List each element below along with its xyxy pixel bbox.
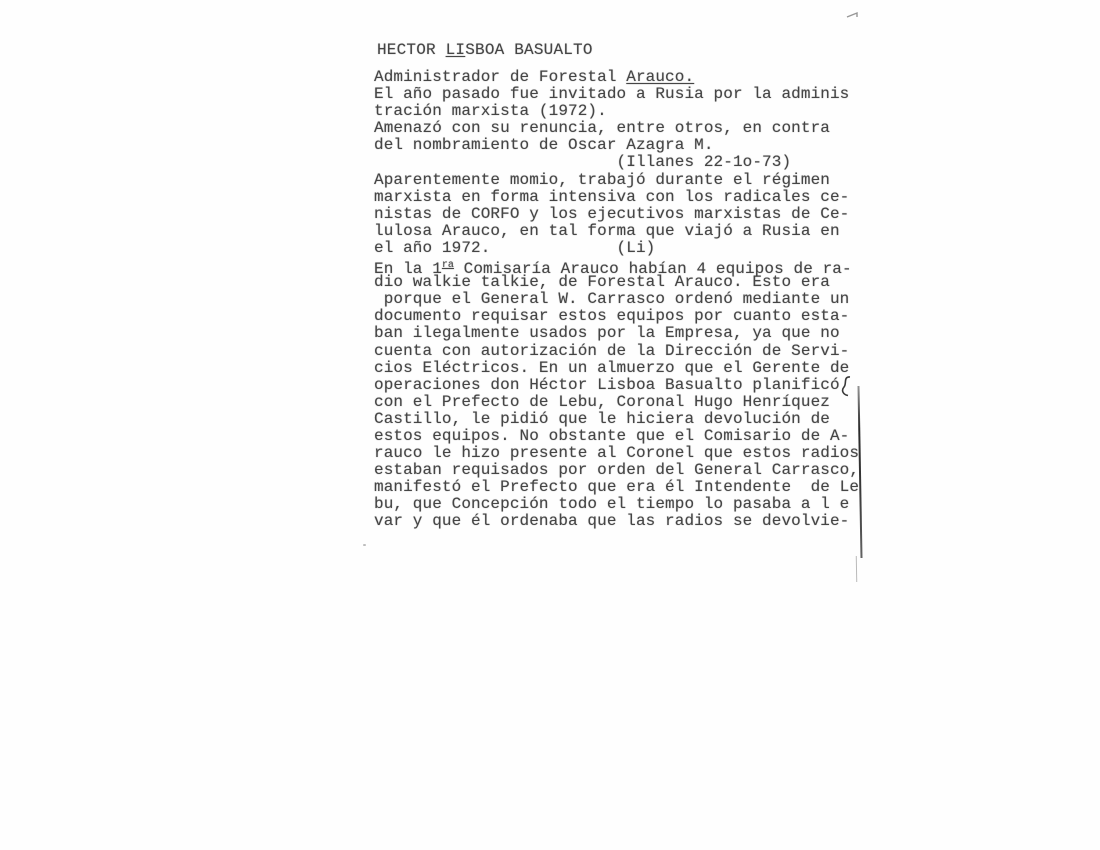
text-segment: del nombramiento de Oscar Azagra M. <box>374 136 714 154</box>
document-line: dio walkie talkie, de Forestal Arauco. E… <box>374 274 859 291</box>
text-segment: ra <box>442 260 454 271</box>
text-segment: LI <box>446 41 466 59</box>
document-line: El año pasado fue invitado a Rusia por l… <box>374 86 859 103</box>
document-line: Aparentemente momio, trabajó durante el … <box>374 172 859 189</box>
text-segment: ban ilegalmente usados por la Empresa, y… <box>374 324 840 342</box>
document-line: el año 1972. (Li) <box>374 240 859 257</box>
document-line: marxista en forma intensiva con los radi… <box>374 189 859 206</box>
document-line: del nombramiento de Oscar Azagra M. <box>374 137 859 154</box>
document-line: cuenta con autorización de la Dirección … <box>374 343 859 360</box>
text-segment: El año pasado fue invitado a Rusia por l… <box>374 85 849 103</box>
text-segment: estaban requisados por orden del General… <box>374 461 859 479</box>
text-segment: tración marxista (1972). <box>374 102 607 120</box>
text-segment: rauco le hizo presente al Coronel que es… <box>374 444 859 462</box>
document-line: rauco le hizo presente al Coronel que es… <box>374 445 859 462</box>
text-segment: lulosa Arauco, en tal forma que viajó a … <box>374 222 840 240</box>
text-segment: operaciones don Héctor Lisboa Basualto p… <box>374 376 840 394</box>
text-segment: con el Prefecto de Lebu, Coronal Hugo He… <box>374 393 830 411</box>
scanned-document-page: HECTOR LISBOA BASUALTO Administrador de … <box>0 0 1100 850</box>
document-line: Castillo, le pidió que le hiciera devolu… <box>374 411 859 428</box>
text-segment: marxista en forma intensiva con los radi… <box>374 188 849 206</box>
text-segment: porque el General W. Carrasco ordenó med… <box>374 290 849 308</box>
text-segment: dio walkie talkie, de Forestal Arauco. E… <box>374 273 830 291</box>
text-segment: Aparentemente momio, trabajó durante el … <box>374 171 830 189</box>
scan-crease-line-faint <box>856 556 857 582</box>
document-line: bu, que Concepción todo el tiempo lo pas… <box>374 496 859 513</box>
document-line: lulosa Arauco, en tal forma que viajó a … <box>374 223 859 240</box>
document-body: Administrador de Forestal Arauco.El año … <box>374 69 859 531</box>
document-line: estaban requisados por orden del General… <box>374 462 859 479</box>
document-line: Administrador de Forestal Arauco. <box>374 69 859 86</box>
document-line: manifestó el Prefecto que era él Intende… <box>374 479 859 496</box>
document-line: cios Eléctricos. En un almuerzo que el G… <box>374 360 859 377</box>
text-segment: (Illanes 22-1o-73) <box>374 153 791 171</box>
text-segment: HECTOR <box>377 41 446 59</box>
text-segment: cuenta con autorización de la Dirección … <box>374 342 849 360</box>
document-line: documento requisar estos equipos por cua… <box>374 308 859 325</box>
text-segment: estos equipos. No obstante que el Comisa… <box>374 427 849 445</box>
document-line: (Illanes 22-1o-73) <box>374 154 859 171</box>
document-line: estos equipos. No obstante que el Comisa… <box>374 428 859 445</box>
document-line: tración marxista (1972). <box>374 103 859 120</box>
handwritten-squiggle-icon <box>839 375 853 398</box>
text-segment: documento requisar estos equipos por cua… <box>374 307 849 325</box>
text-segment: manifestó el Prefecto que era él Intende… <box>374 478 859 496</box>
text-segment: Arauco. <box>626 68 694 86</box>
document-line: var y que él ordenaba que las radios se … <box>374 513 859 530</box>
document-line: con el Prefecto de Lebu, Coronal Hugo He… <box>374 394 859 411</box>
document-line: ban ilegalmente usados por la Empresa, y… <box>374 325 859 342</box>
document-line: Amenazó con su renuncia, entre otros, en… <box>374 120 859 137</box>
smudge-mark-icon <box>846 10 862 20</box>
document-line: En la 1ra Comisaría Arauco habían 4 equi… <box>374 257 859 274</box>
text-segment: SBOA BASUALTO <box>465 41 592 59</box>
text-segment: var y que él ordenaba que las radios se … <box>374 512 849 530</box>
document-line: porque el General W. Carrasco ordenó med… <box>374 291 859 308</box>
scan-crease-line <box>857 386 862 558</box>
text-segment: bu, que Concepción todo el tiempo lo pas… <box>374 495 849 513</box>
text-segment: cios Eléctricos. En un almuerzo que el G… <box>374 359 849 377</box>
scan-speck <box>363 544 366 546</box>
document-line: nistas de CORFO y los ejecutivos marxist… <box>374 206 859 223</box>
text-segment: Castillo, le pidió que le hiciera devolu… <box>374 410 830 428</box>
text-segment: Amenazó con su renuncia, entre otros, en… <box>374 119 830 137</box>
text-segment: nistas de CORFO y los ejecutivos marxist… <box>374 205 849 223</box>
document-title: HECTOR LISBOA BASUALTO <box>377 41 593 59</box>
text-segment: el año 1972. (Li) <box>374 239 655 257</box>
text-segment: Administrador de Forestal <box>374 68 626 86</box>
document-line: operaciones don Héctor Lisboa Basualto p… <box>374 377 859 394</box>
